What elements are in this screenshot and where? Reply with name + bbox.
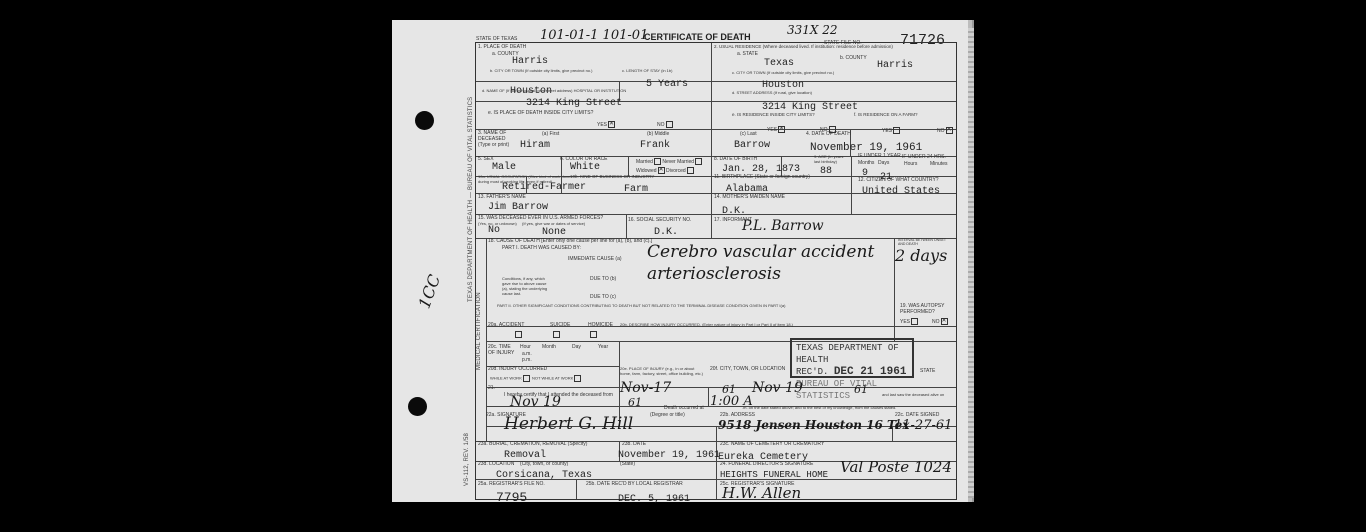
- res-state-label: a. STATE: [737, 51, 758, 57]
- res-county-label: b. COUNTY: [840, 55, 867, 61]
- birthplace-label: 11. BIRTHPLACE (State or foreign country…: [714, 174, 810, 180]
- pod-inside-no[interactable]: NO: [657, 121, 673, 128]
- cause-label: 18. CAUSE OF DEATH [Enter only one cause…: [488, 238, 652, 244]
- autopsy-no[interactable]: NO✕: [932, 318, 948, 325]
- injury-occurred-label: 20d. INJURY OCCURRED: [488, 366, 547, 372]
- res-inside-yes[interactable]: YES✕: [767, 126, 785, 133]
- accident-checkbox[interactable]: [515, 331, 522, 338]
- pm-label: p.m.: [522, 357, 532, 363]
- injury-city-label: 20f. CITY, TOWN, OR LOCATION: [710, 366, 785, 372]
- due-to-b-value: arteriosclerosis: [647, 264, 781, 284]
- physician-address: 9518 Jensen Houston 16 Tex: [718, 418, 909, 432]
- year-label: Year: [598, 344, 608, 350]
- name-label: 3. NAME OF DECEASED (Type or print): [478, 130, 518, 148]
- res-county-value: Harris: [877, 60, 913, 71]
- cert-last-seen-year: 61: [628, 396, 642, 409]
- describe-injury-label: 20b. DESCRIBE HOW INJURY OCCURRED. (Ente…: [620, 322, 793, 328]
- cert-to-year: 61: [854, 383, 868, 396]
- reg-file-label: 25a. REGISTRAR'S FILE NO.: [478, 481, 545, 487]
- cert-text2: and last saw the deceased alive on: [882, 392, 944, 398]
- director-label: 24. FUNERAL DIRECTOR'S SIGNATURE: [720, 461, 813, 467]
- injury-state-label: STATE: [920, 368, 935, 374]
- res-inside-limits-label: e. IS RESIDENCE INSIDE CITY LIMITS?: [732, 112, 815, 118]
- handwritten-ref: 331X 22: [787, 23, 838, 37]
- industry-value: Farm: [624, 184, 648, 195]
- homicide-checkbox[interactable]: [590, 331, 597, 338]
- citizen-value: United States: [862, 186, 940, 197]
- due-to-c-label: DUE TO (c): [590, 294, 616, 300]
- location-state-value: Texas: [562, 470, 592, 481]
- due-to-b-label: DUE TO (b): [590, 276, 616, 282]
- residence-label: 2. USUAL RESIDENCE (Where deceased lived…: [714, 44, 893, 50]
- death-at-label: Death occurred at: [664, 405, 704, 411]
- cert-to: Nov 19: [752, 380, 803, 396]
- last-name-label: (c) Last: [740, 131, 757, 137]
- father-value: Jim Barrow: [488, 202, 548, 213]
- received-stamp: TEXAS DEPARTMENT OF HEALTH REC'D. DEC 21…: [790, 338, 914, 378]
- immediate-cause-label: IMMEDIATE CAUSE (a): [568, 256, 622, 262]
- dob-label: 8. DATE OF BIRTH: [714, 156, 757, 162]
- hour-label: Hour: [520, 344, 531, 350]
- part1-label: PART I. DEATH WAS CAUSED BY:: [502, 245, 581, 251]
- res-farm-yes[interactable]: YES: [882, 127, 900, 134]
- dod-label: 4. DATE OF DEATH: [806, 131, 851, 137]
- pod-stay-value: 5 Years: [646, 79, 688, 90]
- homicide-label: HOMICIDE: [588, 322, 613, 328]
- armed-value: No: [488, 225, 500, 236]
- interval-label: INTERVAL BETWEEN ONSET AND DEATH: [898, 238, 948, 246]
- stamp-line3: BUREAU OF VITAL STATISTICS: [796, 378, 908, 402]
- middle-name-label: (b) Middle: [647, 131, 669, 137]
- middle-name-value: Frank: [640, 140, 670, 151]
- margin-department-text: TEXAS DEPARTMENT OF HEALTH — BUREAU OF V…: [468, 97, 474, 302]
- punch-hole-top: [415, 111, 434, 130]
- minutes-label: Minutes: [930, 161, 948, 167]
- death-certificate-page: TEXAS DEPARTMENT OF HEALTH — BUREAU OF V…: [392, 20, 968, 502]
- reg-file-value: 7795: [496, 490, 527, 505]
- industry-label: 10b. KIND OF BUSINESS OR INDUSTRY: [570, 174, 654, 180]
- reg-date-label: 25b. DATE REC'D BY LOCAL REGISTRAR: [586, 481, 683, 487]
- pod-county-value: Harris: [512, 56, 548, 67]
- handwritten-code: 101-01-1 101-01: [540, 28, 648, 43]
- age-value: 88: [820, 166, 832, 177]
- location-label: 23d. LOCATION: [478, 461, 514, 467]
- conditions-note: Conditions, if any, which gave rise to a…: [502, 276, 552, 296]
- interval-value: 2 days: [895, 246, 947, 265]
- month-label: Month: [542, 344, 556, 350]
- day-label: Day: [572, 344, 581, 350]
- occupation-value: Retired-Farmer: [502, 182, 586, 193]
- cert-label: 21.: [488, 385, 495, 391]
- burial-label: 23a. BURIAL, CREMATION, REMOVAL (Specify…: [478, 441, 587, 447]
- last-name-value: Barrow: [734, 140, 770, 151]
- pod-hospital-value: 3214 King Street: [526, 98, 622, 109]
- suicide-checkbox[interactable]: [553, 331, 560, 338]
- stamp-line1: TEXAS DEPARTMENT OF HEALTH: [796, 342, 908, 366]
- father-label: 13. FATHER'S NAME: [478, 194, 526, 200]
- res-farm-label: f. IS RESIDENCE ON A FARM?: [854, 112, 918, 118]
- days-label: Days: [878, 160, 889, 166]
- cemetery-label: 23c. NAME OF CEMETERY OR CREMATORY: [720, 441, 824, 447]
- burial-date-label: 23b. DATE: [622, 441, 646, 447]
- pod-stay-label: c. LENGTH OF STAY (in 1b): [622, 68, 672, 74]
- burial-value: Removal: [504, 450, 546, 461]
- accident-label: 20a. ACCIDENT: [488, 322, 524, 328]
- res-farm-no[interactable]: NO✕: [937, 127, 953, 134]
- reg-date-value: DEC. 5, 1961: [618, 494, 690, 505]
- pod-inside-limits-label: e. IS PLACE OF DEATH INSIDE CITY LIMITS?: [488, 110, 593, 116]
- degree-label: (Degree or title): [650, 412, 685, 418]
- date-signed-value: 11-27-61: [894, 418, 952, 433]
- res-city-label: c. CITY OR TOWN (If outside city limits,…: [732, 70, 834, 76]
- location-state-sub: (State): [620, 461, 635, 467]
- first-name-label: (a) First: [542, 131, 559, 137]
- first-name-value: Hiram: [520, 140, 550, 151]
- res-street-label: d. STREET ADDRESS (If rural, give locati…: [732, 90, 812, 96]
- place-of-death-label: 1. PLACE OF DEATH: [478, 44, 526, 50]
- director-value: HEIGHTS FUNERAL HOME: [720, 470, 828, 480]
- pod-city-label: b. CITY OR TOWN (If outside city limits,…: [490, 68, 592, 74]
- cert-text3: .m. on the date stated above; and to the…: [742, 405, 896, 411]
- age-label: 9. AGE (In years last birthday): [814, 154, 844, 164]
- autopsy-yes[interactable]: YES: [900, 318, 918, 325]
- mother-value: D.K.: [722, 206, 746, 217]
- months-label: Months: [858, 160, 874, 166]
- pod-hospital-label: d. NAME OF (If not in hospital, give str…: [482, 88, 626, 94]
- autopsy-label: 19. WAS AUTOPSY PERFORMED?: [900, 303, 955, 315]
- punch-hole-bottom: [408, 397, 427, 416]
- sex-value: Male: [492, 162, 516, 173]
- physician-signature: Herbert G. Hill: [504, 414, 633, 434]
- mother-label: 14. MOTHER'S MAIDEN NAME: [714, 194, 785, 200]
- informant-signature: P.L. Barrow: [742, 218, 824, 234]
- director-signature: Val Poste 1024: [840, 458, 952, 476]
- hours-label: Hours: [904, 161, 917, 167]
- citizen-label: 12. CITIZEN OF WHAT COUNTRY?: [858, 177, 939, 183]
- part2-label: PART II. OTHER SIGNIFICANT CONDITIONS CO…: [497, 303, 785, 309]
- under-1-year-label: IF UNDER 1 YEAR: [858, 153, 901, 159]
- stamp-line2: REC'D. DEC 21 1961: [796, 366, 908, 378]
- race-value: White: [570, 162, 600, 173]
- margin-form-number: VS-112, REV. 1/58: [464, 433, 470, 486]
- res-state-value: Texas: [764, 58, 794, 69]
- certificate-title: CERTIFICATE OF DEATH: [644, 32, 751, 42]
- not-while-at-work[interactable]: NOT WHILE AT WORK: [532, 375, 581, 382]
- ssn-value: D.K.: [654, 227, 678, 238]
- armed-war-value: None: [542, 227, 566, 238]
- margin-handwritten-note: 1CC: [414, 272, 444, 311]
- while-at-work[interactable]: WHILE AT WORK: [490, 375, 530, 382]
- immediate-cause-value: Cerebro vascular accident: [647, 242, 874, 262]
- suicide-label: SUICIDE: [550, 322, 570, 328]
- location-value: Corsicana,: [496, 470, 556, 481]
- pod-inside-yes[interactable]: YES✕: [597, 121, 615, 128]
- ssn-label: 16. SOCIAL SECURITY NO.: [628, 217, 691, 223]
- location-sub: (City, town, or county): [520, 461, 568, 467]
- time-of-injury-label: 20c. TIME OF INJURY: [488, 344, 518, 356]
- place-of-injury-label: 20e. PLACE OF INJURY (e.g., in or about …: [620, 366, 705, 376]
- under-24-hrs-label: IF UNDER 24 HRS.: [902, 154, 946, 160]
- cert-last-seen: Nov 19: [510, 394, 561, 410]
- registrar-signature: H.W. Allen: [722, 484, 801, 502]
- cert-from: Nov-17: [620, 380, 671, 396]
- burial-date-value: November 19, 1961: [618, 450, 720, 461]
